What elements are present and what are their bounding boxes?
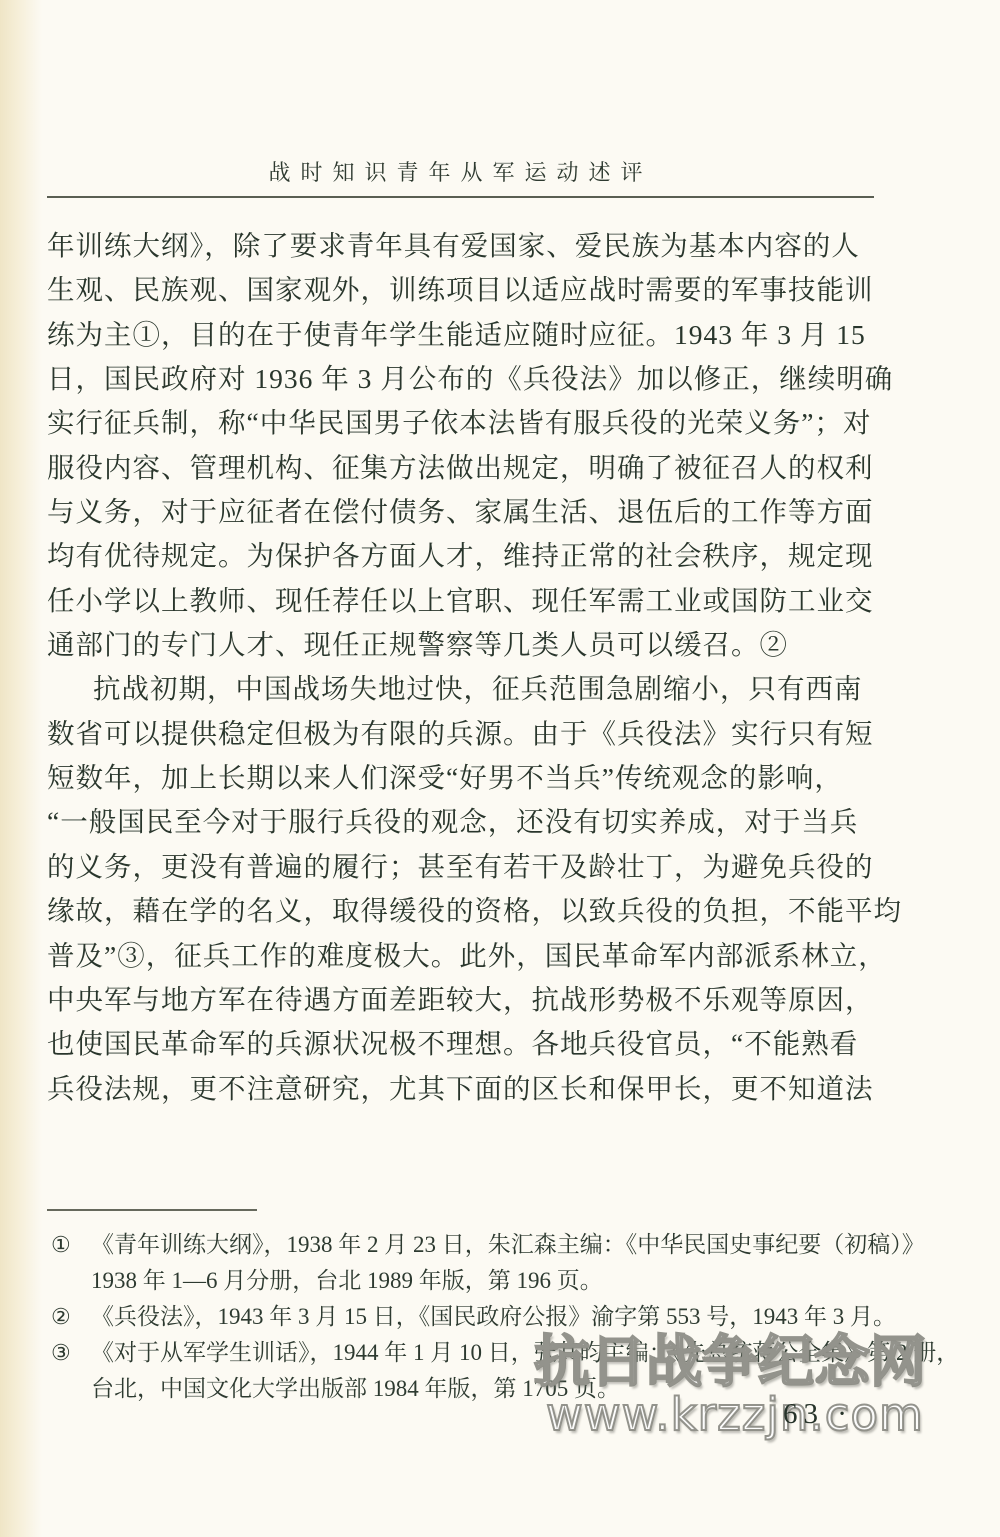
footnote-text: 1938 年 1—6 月分册，台北 1989 年版，第 196 页。 xyxy=(91,1268,603,1293)
footnote-1-line-2: 1938 年 1—6 月分册，台北 1989 年版，第 196 页。 xyxy=(47,1263,927,1299)
body-line: 兵役法规，更不注意研究，尤其下面的区长和保甲长，更不知道法 xyxy=(47,1067,877,1111)
header-rule xyxy=(47,196,874,198)
scanned-book-page: 战时知识青年从军运动述评 年训练大纲》，除了要求青年具有爱国家、爱民族为基本内容… xyxy=(0,0,1000,1537)
body-line: 也使国民革命军的兵源状况极不理想。各地兵役官员，“不能熟看 xyxy=(47,1022,877,1066)
body-text-block: 年训练大纲》，除了要求青年具有爱国家、爱民族为基本内容的人 生观、民族观、国家观… xyxy=(47,224,877,1111)
footnote-separator-rule xyxy=(47,1209,257,1211)
watermark-site-name: 抗日战争纪念网 xyxy=(534,1318,926,1398)
body-line: 通部门的专门人才、现任正规警察等几类人员可以缓召。② xyxy=(47,623,877,667)
footnote-2-marker: ② xyxy=(51,1299,71,1335)
body-line: 日，国民政府对 1936 年 3 月公布的《兵役法》加以修正，继续明确 xyxy=(47,357,877,401)
body-line: 中央军与地方军在待遇方面差距较大，抗战形势极不乐观等原因， xyxy=(47,978,877,1022)
body-line: 与义务，对于应征者在偿付债务、家属生活、退伍后的工作等方面 xyxy=(47,490,877,534)
body-line: “一般国民至今对于服行兵役的观念，还没有切实养成，对于当兵 xyxy=(47,800,877,844)
footnote-text: 《青年训练大纲》，1938 年 2 月 23 日，朱汇森主编：《中华民国史事纪要… xyxy=(91,1232,925,1257)
body-line: 生观、民族观、国家观外，训练项目以适应战时需要的军事技能训 xyxy=(47,268,877,312)
running-header-title: 战时知识青年从军运动述评 xyxy=(47,156,874,187)
footnote-1-marker: ① xyxy=(51,1227,71,1263)
body-line: 缘故，藉在学的名义，取得缓役的资格，以致兵役的负担，不能平均 xyxy=(47,889,877,933)
body-line: 服役内容、管理机构、征集方法做出规定，明确了被征召人的权利 xyxy=(47,446,877,490)
body-line: 均有优待规定。为保护各方面人才，维持正常的社会秩序，规定现 xyxy=(47,534,877,578)
body-line: 的义务，更没有普遍的履行；甚至有若干及龄壮丁，为避免兵役的 xyxy=(47,845,877,889)
paper-edge-shading xyxy=(0,0,42,1537)
body-line: 年训练大纲》，除了要求青年具有爱国家、爱民族为基本内容的人 xyxy=(47,224,877,268)
body-line: 实行征兵制，称“中华民国男子依本法皆有服兵役的光荣义务”；对 xyxy=(47,401,877,445)
body-line: 数省可以提供稳定但极为有限的兵源。由于《兵役法》实行只有短 xyxy=(47,712,877,756)
footnote-1-line-1: ① 《青年训练大纲》，1938 年 2 月 23 日，朱汇森主编：《中华民国史事… xyxy=(47,1227,927,1263)
page-number: 63 · xyxy=(783,1398,853,1431)
body-line: 练为主①，目的在于使青年学生能适应随时应征。1943 年 3 月 15 xyxy=(47,313,877,357)
watermark-site-url: www.krzzjn.com xyxy=(546,1388,924,1441)
body-line: 短数年，加上长期以来人们深受“好男不当兵”传统观念的影响， xyxy=(47,756,877,800)
body-line: 任小学以上教师、现任荐任以上官职、现任军需工业或国防工业交 xyxy=(47,579,877,623)
body-line: 普及”③，征兵工作的难度极大。此外，国民革命军内部派系林立， xyxy=(47,934,877,978)
footnote-3-marker: ③ xyxy=(51,1335,71,1371)
body-line-paragraph-start: 抗战初期，中国战场失地过快，征兵范围急剧缩小，只有西南 xyxy=(47,667,877,711)
